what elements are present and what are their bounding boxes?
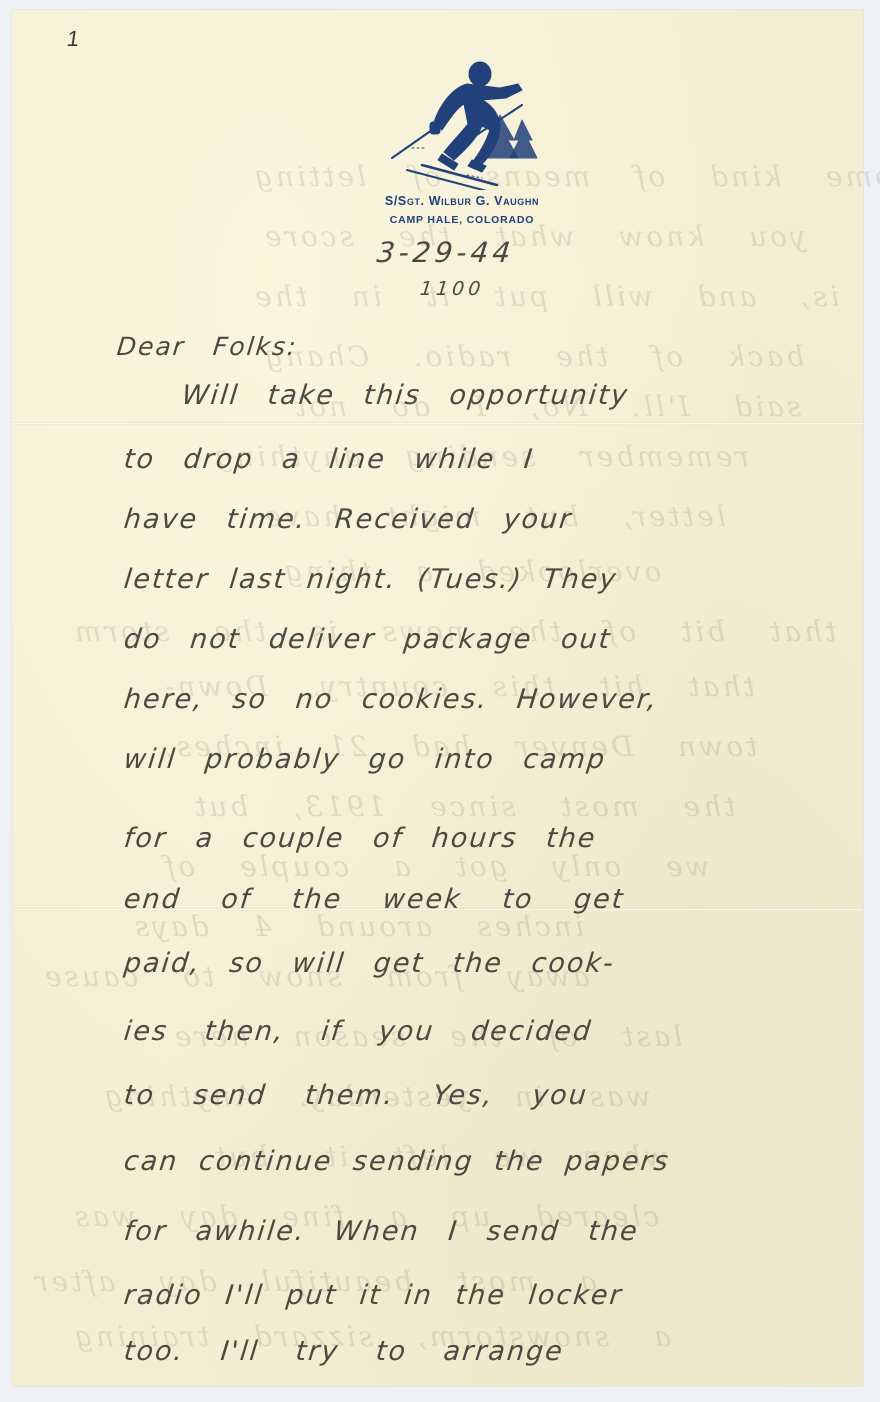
body-line: to drop a line while I (122, 444, 535, 475)
body-line: for awhile. When I send the (122, 1216, 640, 1247)
bleed-through-text: back of the radio. Chang (262, 340, 804, 373)
body-line: can continue sending the papers (122, 1146, 671, 1177)
body-line: do not deliver package out (122, 624, 613, 655)
letter-date: 3-29-44 (375, 236, 516, 269)
bleed-through-text: is, and will put it in the (252, 280, 839, 313)
bleed-through-text: we only got a couple of (162, 850, 710, 883)
body-line: Will take this opportunity (180, 380, 630, 411)
body-line: paid, so will get the cook- (122, 948, 616, 979)
body-line: have time. Received your (122, 504, 574, 535)
body-line: end of the week to get (122, 884, 626, 915)
letter-time: 1100 (419, 278, 486, 300)
letterhead-location: CAMP HALE, COLORADO (302, 214, 622, 226)
bleed-through-text: the most since 1913, but (192, 790, 735, 823)
body-line: for a couple of hours the (122, 823, 598, 854)
salutation: Dear Folks: (115, 332, 299, 361)
page-number: 1 (65, 26, 81, 52)
letter-page: some kind of means of letting you know w… (12, 10, 863, 1386)
skier-emblem-icon (382, 60, 542, 190)
body-line: radio I'll put it in the locker (122, 1280, 624, 1311)
body-line: too. I'll try to arrange (122, 1336, 565, 1367)
body-line: ies then, if you decided (122, 1016, 593, 1047)
letterhead: S/Sgt. Wilbur G. Vaughn CAMP HALE, COLOR… (302, 60, 622, 226)
body-line: letter last night. (Tues.) They (122, 564, 619, 595)
body-line: to send them. Yes, you (122, 1080, 589, 1111)
body-line: will probably go into camp (122, 744, 607, 775)
letterhead-name: S/Sgt. Wilbur G. Vaughn (302, 194, 622, 208)
body-line: here, so no cookies. However, (122, 684, 659, 715)
